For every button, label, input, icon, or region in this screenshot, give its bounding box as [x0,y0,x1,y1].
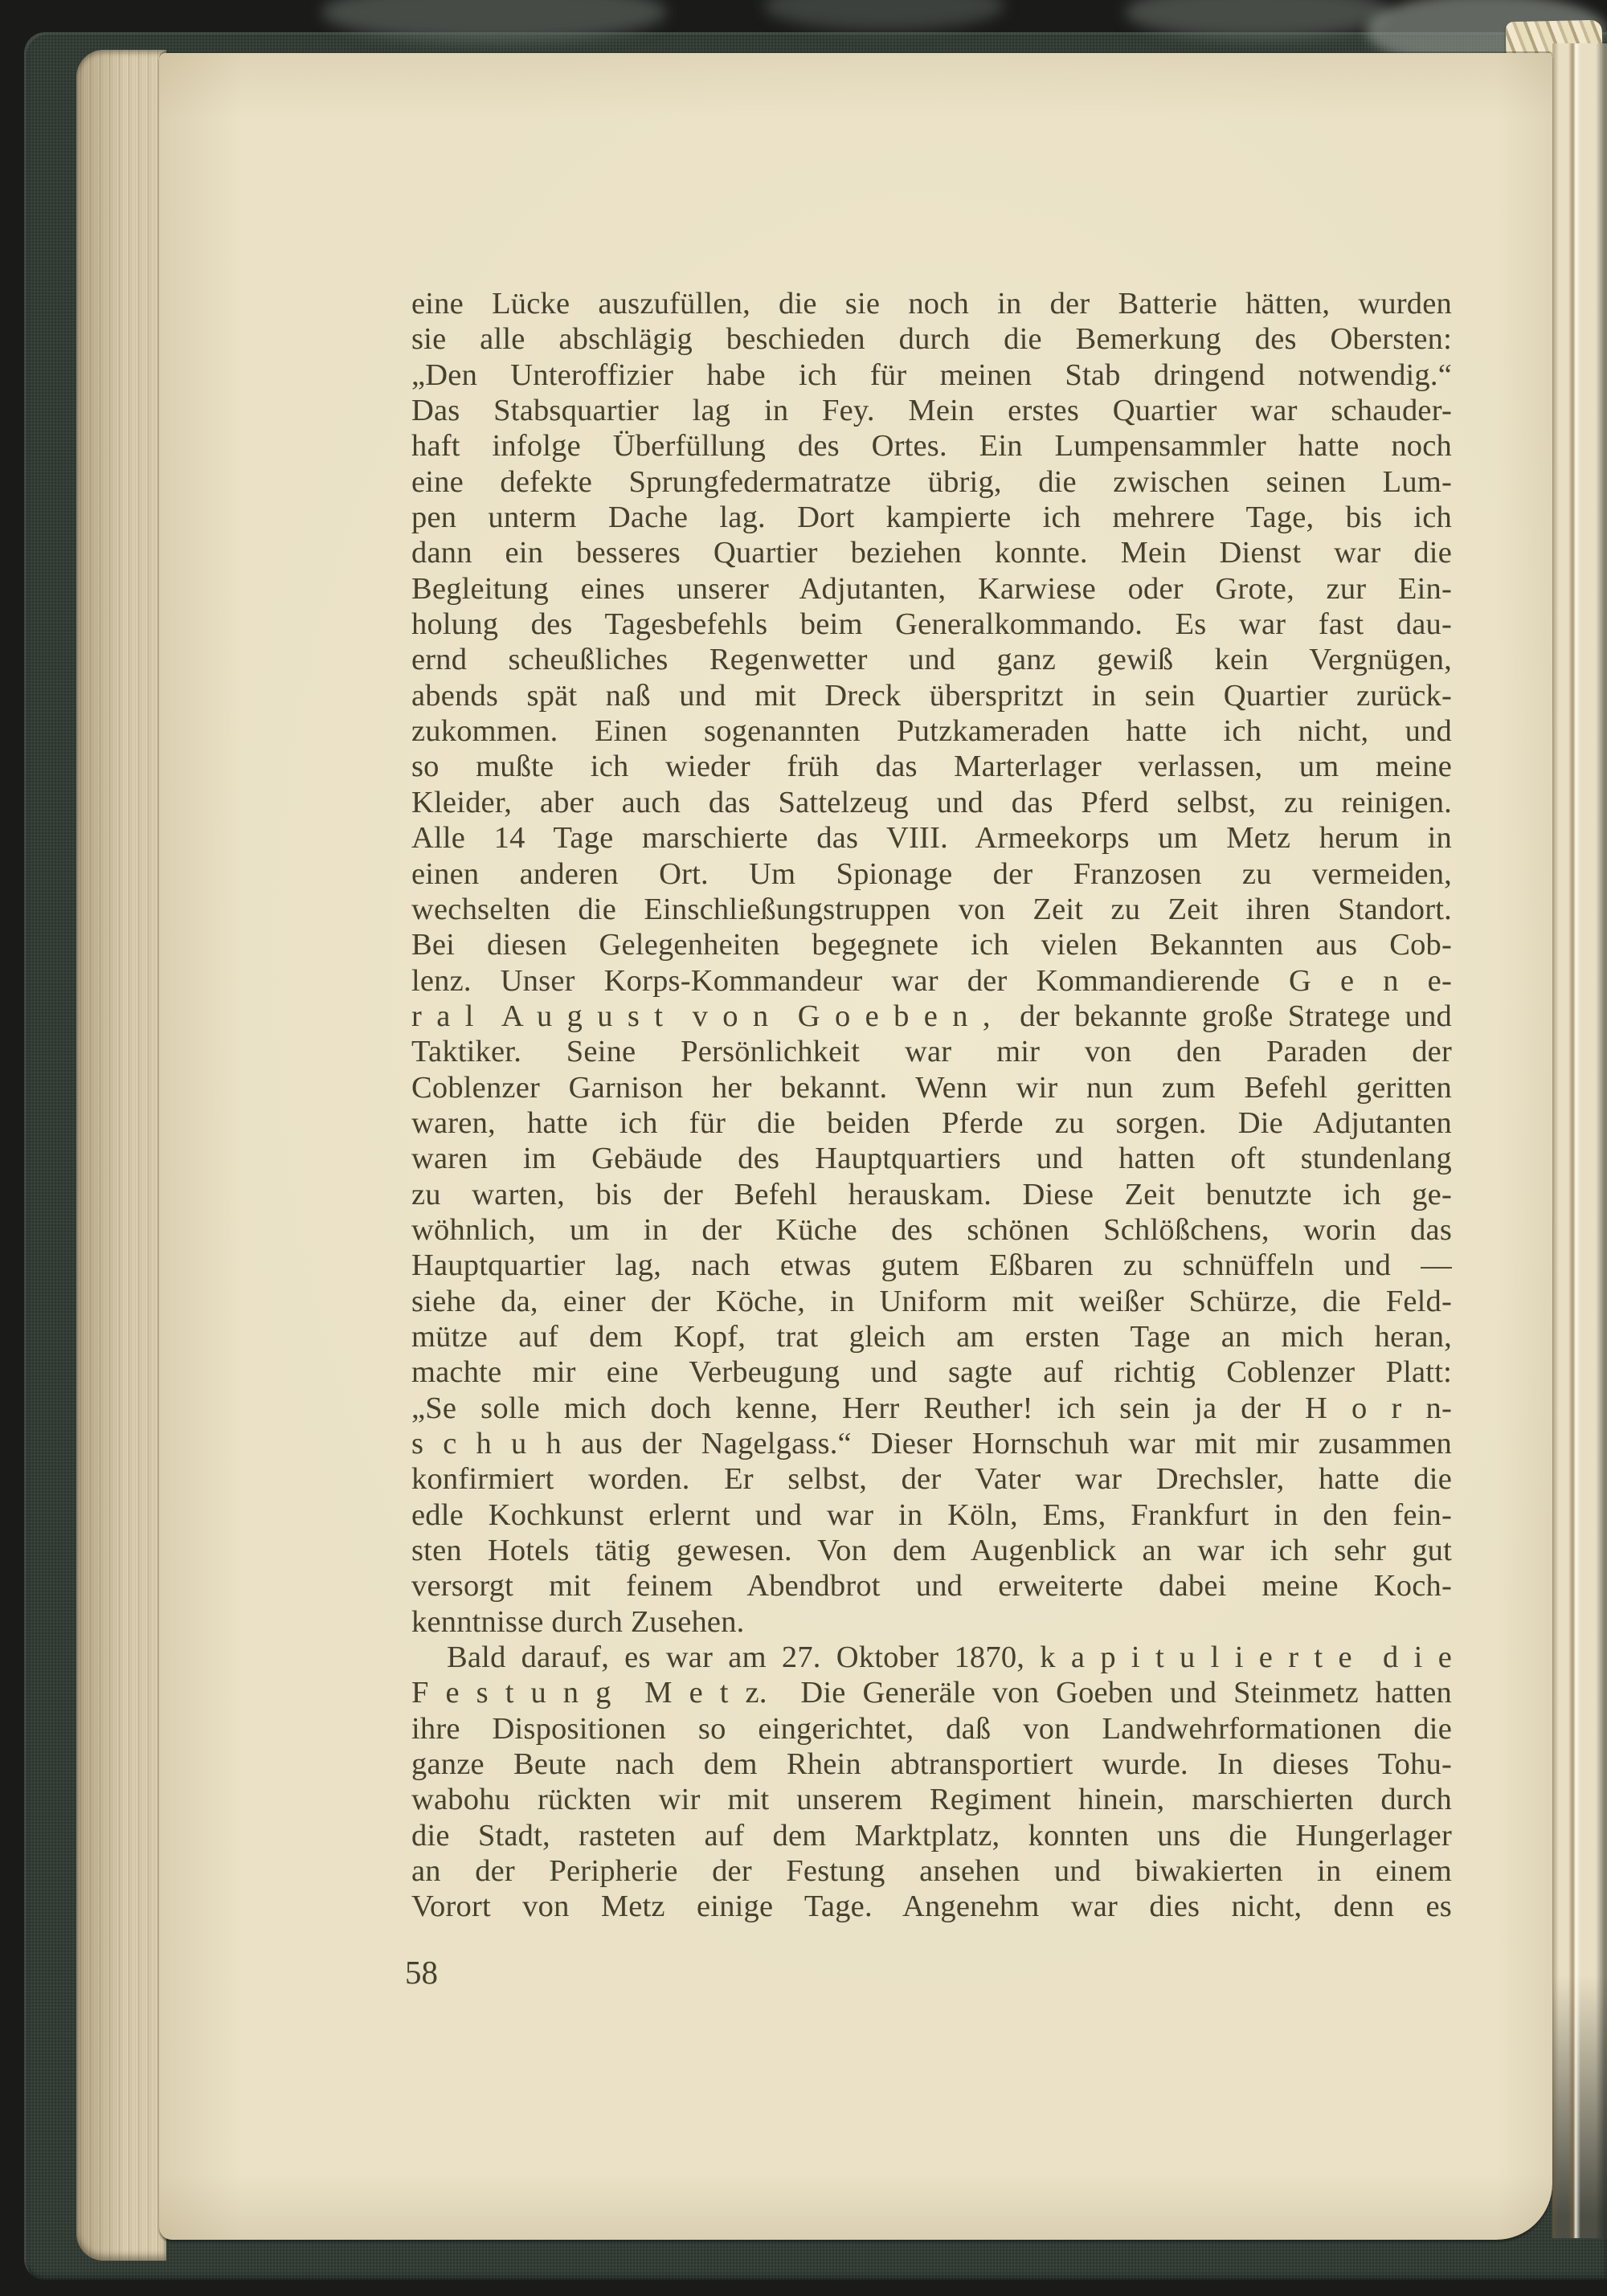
facing-page-edge [1552,43,1607,2238]
text-line: siehe da, einer der Köche, in Uniform mi… [411,1284,1452,1319]
text-line: ernd scheußliches Regenwetter und ganz g… [411,642,1452,677]
text-line: abends spät naß und mit Dreck überspritz… [411,678,1452,713]
text-line: Hauptquartier lag, nach etwas gutem Eßba… [411,1248,1452,1283]
text-line: „Den Unteroffizier habe ich für meinen S… [411,357,1452,393]
text-line: F e s t u n g M e t z. Die Generäle von … [411,1675,1452,1710]
text-line: waren im Gebäude des Hauptquartiers und … [411,1141,1452,1176]
text-line: haft infolge Überfüllung des Ortes. Ein … [411,428,1452,464]
photo-backdrop: { "book": { "page": { "number": "58", "l… [0,0,1607,2296]
text-line: wöhnlich, um in der Küche des schönen Sc… [411,1212,1452,1248]
text-line: die Stadt, rasteten auf dem Marktplatz, … [411,1818,1452,1853]
text-line: eine Lücke auszufüllen, die sie noch in … [411,286,1452,321]
text-line: Kleider, aber auch das Sattelzeug und da… [411,785,1452,820]
text-line: kenntnisse durch Zusehen. [411,1604,1452,1640]
text-line: Bei diesen Gelegenheiten begegnete ich v… [411,927,1452,962]
text-line: dann ein besseres Quartier beziehen konn… [411,535,1452,570]
cover-wear-patch [763,0,1004,31]
text-line: holung des Tagesbefehls beim Generalkomm… [411,607,1452,642]
text-line: an der Peripherie der Festung ansehen un… [411,1853,1452,1889]
text-line: mütze auf dem Kopf, trat gleich am erste… [411,1319,1452,1354]
text-line: versorgt mit feinem Abendbrot und erweit… [411,1568,1452,1604]
text-line: Bald darauf, es war am 27. Oktober 1870,… [411,1640,1452,1675]
text-line: sten Hotels tätig gewesen. Von dem Augen… [411,1533,1452,1568]
text-line: ganze Beute nach dem Rhein abtransportie… [411,1747,1452,1782]
page-stack-edges [76,50,166,2261]
text-line: ihre Dispositionen so eingerichtet, daß … [411,1711,1452,1747]
text-line: zu warten, bis der Befehl herauskam. Die… [411,1177,1452,1212]
text-line: einen anderen Ort. Um Spionage der Franz… [411,856,1452,892]
text-line: so mußte ich wieder früh das Marterlager… [411,749,1452,784]
text-line: „Se solle mich doch kenne, Herr Reuther!… [411,1391,1452,1426]
text-line: eine defekte Sprungfedermatratze übrig, … [411,464,1452,500]
text-line: Alle 14 Tage marschierte das VIII. Armee… [411,820,1452,856]
text-line: pen unterm Dache lag. Dort kampierte ich… [411,500,1452,535]
text-line: konfirmiert worden. Er selbst, der Vater… [411,1461,1452,1497]
text-line: machte mir eine Verbeugung und sagte auf… [411,1354,1452,1390]
text-line: r a l A u g u s t v o n G o e b e n , de… [411,999,1452,1034]
text-line: s c h u h aus der Nagelgass.“ Dieser Hor… [411,1426,1452,1461]
text-line: wechselten die Einschließungstruppen von… [411,892,1452,927]
text-line: waren, hatte ich für die beiden Pferde z… [411,1105,1452,1141]
text-line: Das Stabsquartier lag in Fey. Mein erste… [411,393,1452,428]
text-line: Vorort von Metz einige Tage. Angenehm wa… [411,1889,1452,1924]
text-line: edle Kochkunst erlernt und war in Köln, … [411,1497,1452,1533]
text-line: Begleitung eines unserer Adjutanten, Kar… [411,571,1452,607]
text-line: lenz. Unser Korps-Kommandeur war der Kom… [411,963,1452,999]
text-line: sie alle abschlägig beschieden durch die… [411,321,1452,357]
text-line: Taktiker. Seine Persönlichkeit war mir v… [411,1034,1452,1069]
text-line: wabohu rückten wir mit unserem Regiment … [411,1782,1452,1817]
text-line: Coblenzer Garnison her bekannt. Wenn wir… [411,1070,1452,1105]
text-line: zukommen. Einen sogenannten Putzkamerade… [411,713,1452,749]
page-text: eine Lücke auszufüllen, die sie noch in … [411,286,1452,1925]
page-number: 58 [405,1954,438,1991]
